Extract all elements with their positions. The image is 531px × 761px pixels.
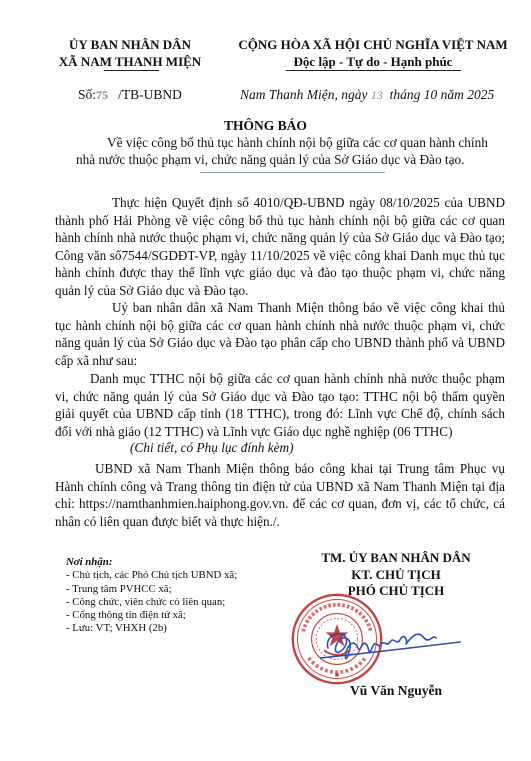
place-date: Nam Thanh Miện, ngày 13 tháng 10 năm 202… — [240, 87, 494, 103]
signer-name: Vũ Văn Nguyễn — [290, 683, 502, 699]
doc-number-label: Số: — [78, 87, 96, 102]
agency-line-2: XÃ NAM THANH MIỆN — [40, 53, 220, 70]
date-month: tháng 10 — [390, 87, 438, 102]
recipient-item: - Trung tâm PVHCC xã; — [66, 583, 237, 596]
document-subject: Về việc công bố thủ tục hành chính nội b… — [60, 134, 500, 168]
issuing-agency: ỦY BAN NHÂN DÂN XÃ NAM THANH MIỆN — [40, 36, 220, 70]
recipient-item: - Chủ tịch, các Phó Chủ tịch UBND xã; — [66, 569, 237, 582]
signature-line-2: KT. CHỦ TỊCH — [290, 567, 502, 584]
recipient-item: - Công chức, viên chức có liên quan; — [66, 596, 237, 609]
signature-line-1: TM. ỦY BAN NHÂN DÂN — [290, 550, 502, 567]
date-day: 13 — [371, 88, 383, 102]
motto-underline — [286, 70, 461, 71]
recipient-item: - Lưu: VT; VHXH (2b) — [66, 622, 237, 635]
doc-number-suffix: /TB-UBND — [118, 87, 182, 102]
paragraph-text: Danh mục TTHC nội bộ giữa các cơ quan hà… — [55, 370, 505, 440]
document-number: Số:75 /TB-UBND — [78, 87, 182, 103]
paragraph-text: Thực hiện Quyết định số 4010/QĐ-UBND ngà… — [55, 194, 505, 300]
recipient-item: - Cổng thông tin điện tử xã; — [66, 609, 237, 622]
document-title: THÔNG BÁO — [0, 118, 531, 134]
country-name: CỘNG HÒA XÃ HỘI CHỦ NGHĨA VIỆT NAM — [228, 36, 518, 53]
agency-underline — [104, 70, 159, 71]
subject-line-1: Về việc công bố thủ tục hành chính nội b… — [60, 134, 500, 151]
handwritten-signature-icon — [320, 618, 470, 668]
recipients-list: Nơi nhận: - Chủ tịch, các Phó Chủ tịch U… — [66, 556, 237, 636]
date-year: năm 2025 — [441, 87, 495, 102]
place-date-prefix: Nam Thanh Miện, ngày — [240, 87, 368, 102]
body-paragraph-4: UBND xã Nam Thanh Miện thông báo công kh… — [55, 460, 505, 530]
recipients-heading: Nơi nhận: — [66, 556, 237, 569]
motto: Độc lập - Tự do - Hạnh phúc — [228, 53, 518, 70]
agency-line-1: ỦY BAN NHÂN DÂN — [40, 36, 220, 53]
annex-note: (Chi tiết, có Phụ lục đính kèm) — [130, 440, 294, 456]
subject-line-2: nhà nước thuộc phạm vi, chức năng quản l… — [60, 151, 500, 168]
paragraph-text: UBND xã Nam Thanh Miện thông báo công kh… — [55, 460, 505, 530]
subject-underline — [200, 172, 385, 173]
body-paragraph-2: Uỷ ban nhân dân xã Nam Thanh Miện thông … — [55, 299, 505, 369]
national-motto: CỘNG HÒA XÃ HỘI CHỦ NGHĨA VIỆT NAM Độc l… — [228, 36, 518, 70]
body-paragraph-3: Danh mục TTHC nội bộ giữa các cơ quan hà… — [55, 370, 505, 440]
doc-number-value: 75 — [96, 88, 108, 102]
body-paragraph-1: Thực hiện Quyết định số 4010/QĐ-UBND ngà… — [55, 194, 505, 300]
paragraph-text: Uỷ ban nhân dân xã Nam Thanh Miện thông … — [55, 299, 505, 369]
